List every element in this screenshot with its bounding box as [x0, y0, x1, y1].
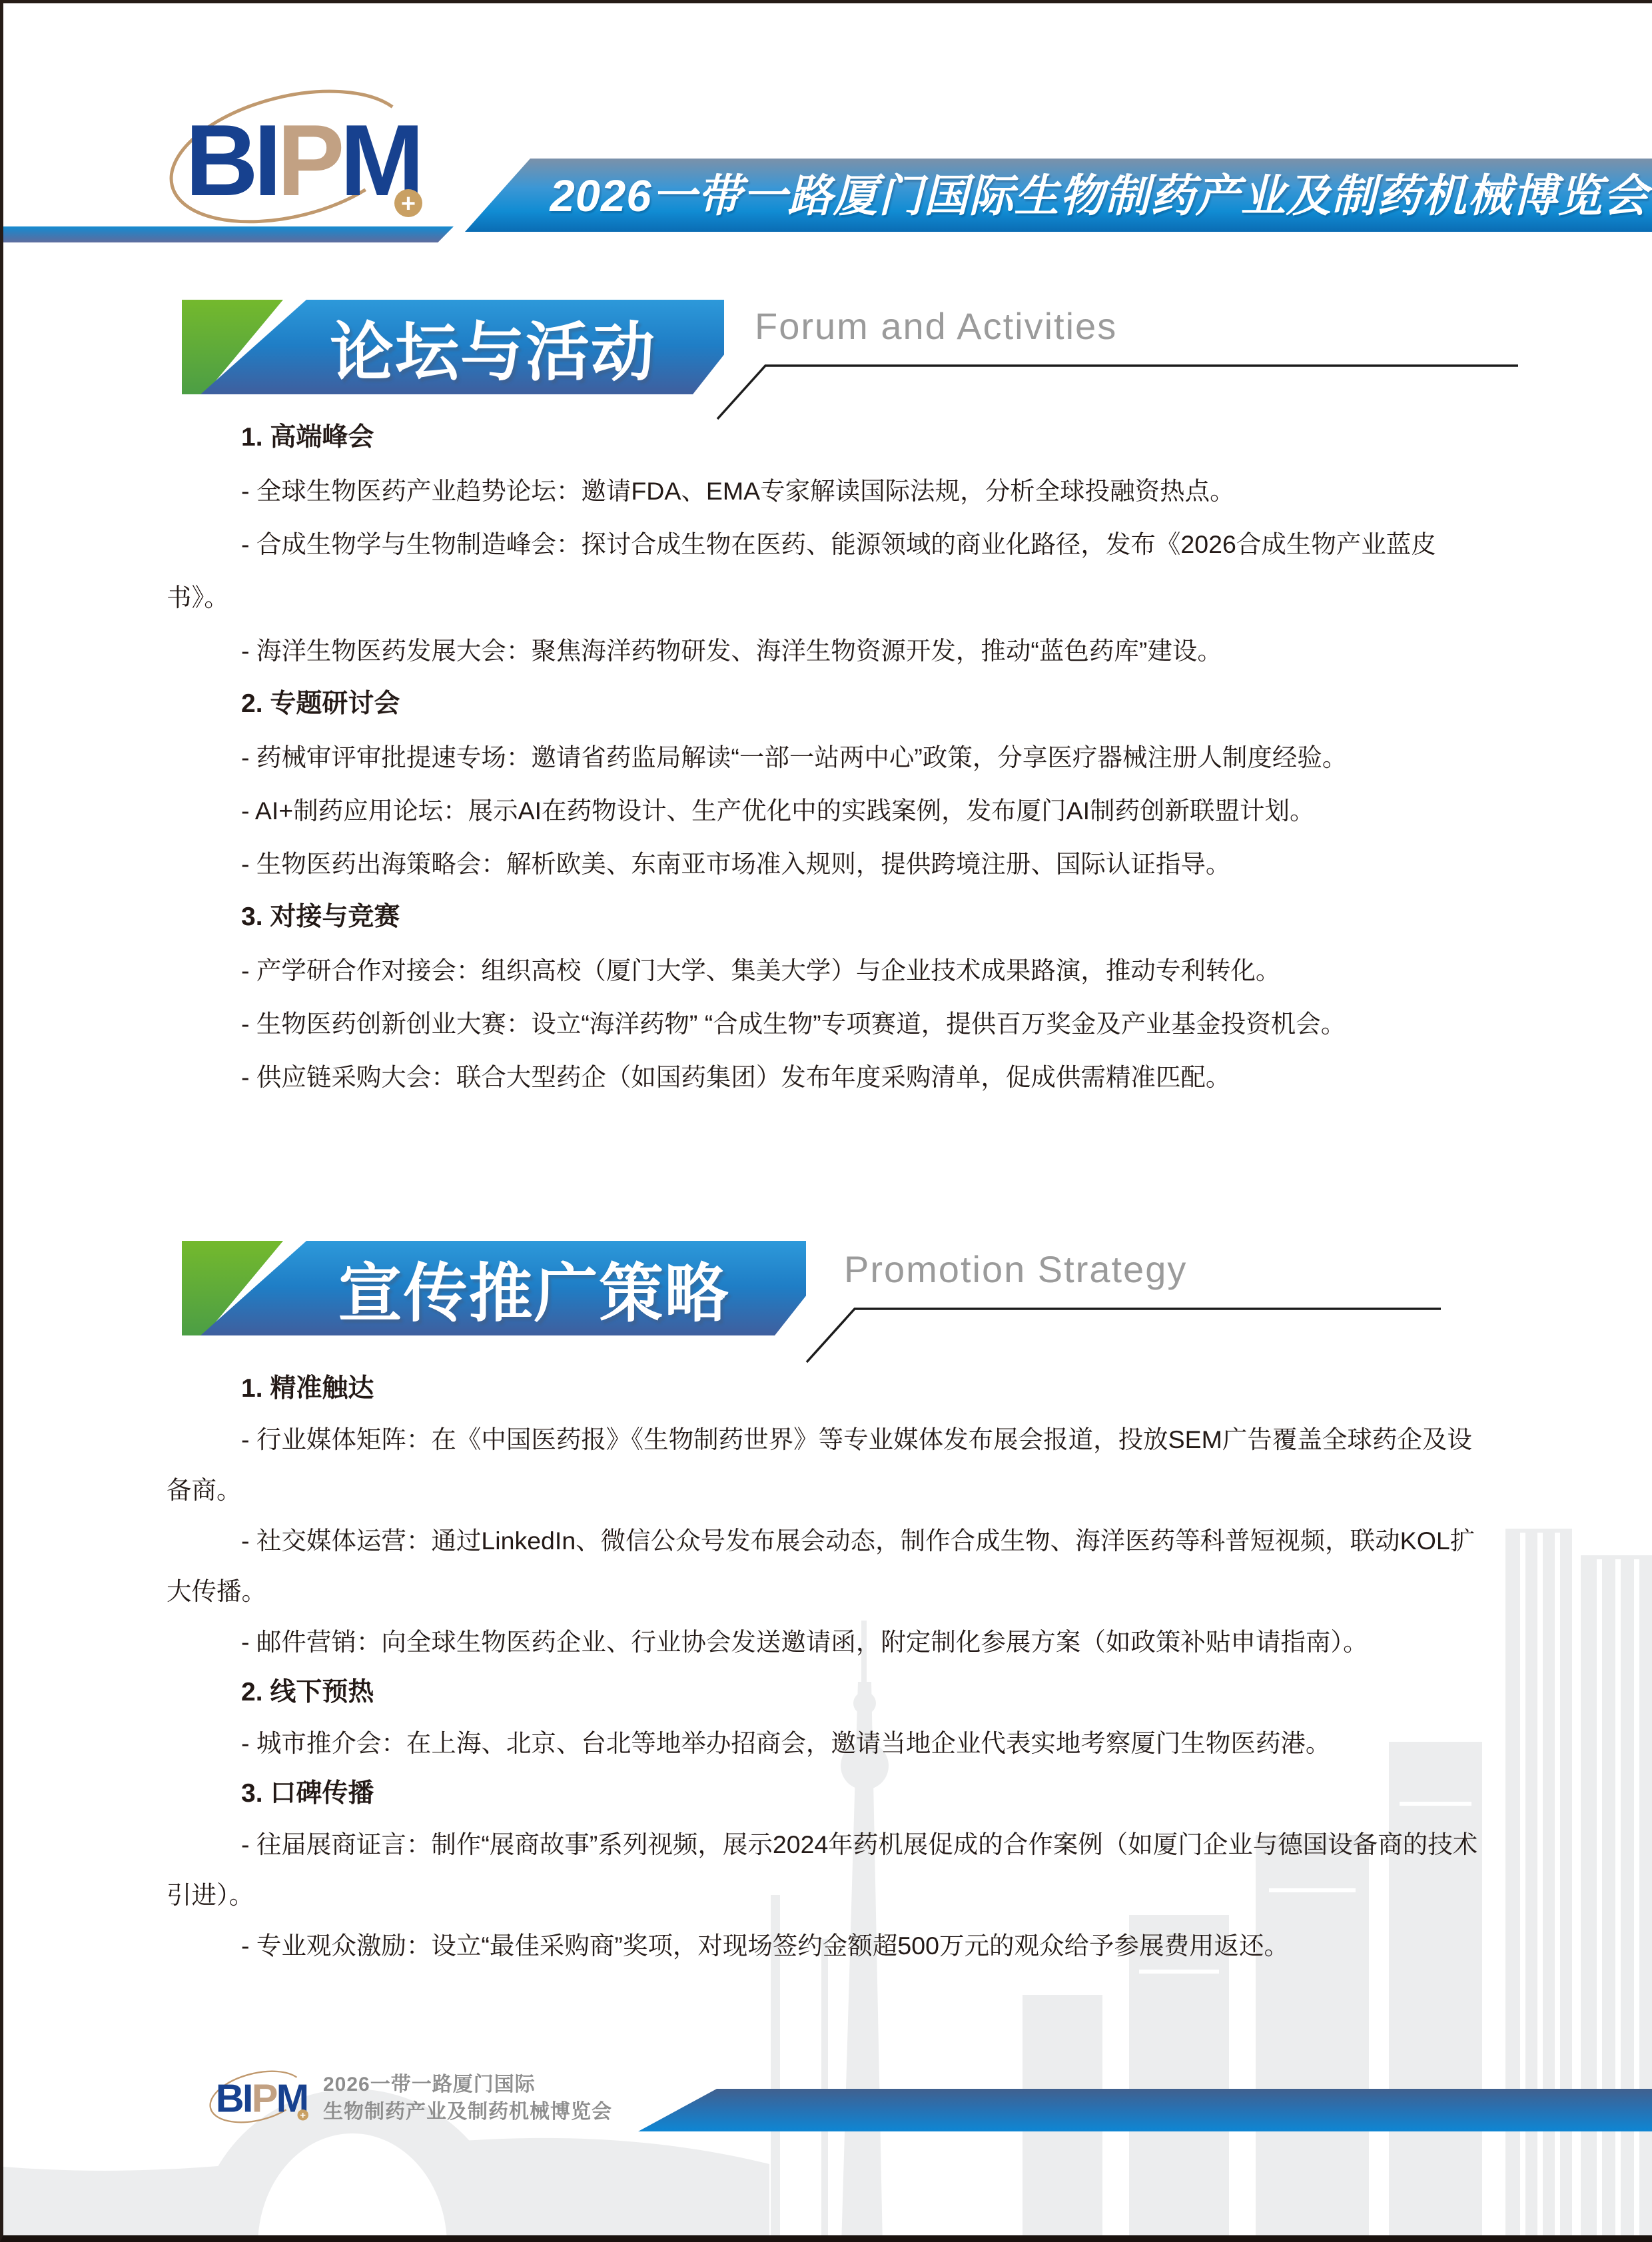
- logo-plus-icon: +: [401, 190, 416, 218]
- list-item: - AI+制药应用论坛：展示AI在药物设计、生产优化中的实践案例，发布厦门AI制…: [167, 784, 1495, 837]
- list-item: - 药械审评审批提速专场：邀请省药监局解读“一部一站两中心”政策，分享医疗器械注…: [167, 731, 1495, 784]
- footer-bipm-logo: BIPM +: [203, 2063, 318, 2128]
- section-1-subtitle-en: Forum and Activities: [755, 304, 1117, 348]
- logo-letter-b: B: [216, 2076, 243, 2121]
- list-item: - 行业媒体矩阵：在《中国医药报》《生物制药世界》等专业媒体发布展会报道，投放S…: [167, 1414, 1495, 1515]
- section-1-title: 论坛与活动: [182, 300, 724, 394]
- section-1-rule: [708, 355, 1527, 428]
- section-2-content: 1. 精准触达- 行业媒体矩阵：在《中国医药报》《生物制药世界》等专业媒体发布展…: [167, 1363, 1495, 1971]
- section-2-rule: [797, 1298, 1450, 1371]
- section-2-badge: 宣传推广策略: [182, 1241, 806, 1335]
- list-item: - 社交媒体运营：通过LinkedIn、微信公众号发布展会动态，制作合成生物、海…: [167, 1515, 1495, 1617]
- list-item: - 往届展商证言：制作“展商故事”系列视频，展示2024年药机展促成的合作案例（…: [167, 1819, 1495, 1920]
- footer-expo-name: 2026一带一路厦门国际 生物制药产业及制药机械博览会: [323, 2071, 612, 2125]
- expo-title: 2026一带一路厦门国际生物制药产业及制药机械博览会: [550, 161, 1648, 224]
- list-heading: 3. 对接与竞赛: [167, 891, 1495, 944]
- brochure-page: BIPM + 2026一带一路厦门国际生物制药产业及制药机械博览会 论坛与活动 …: [0, 0, 1652, 2242]
- list-item: - 供应链采购大会：联合大型药企（如国药集团）发布年度采购清单，促成供需精准匹配…: [167, 1050, 1495, 1104]
- footer-line-1: 2026一带一路厦门国际: [323, 2071, 612, 2098]
- list-item: - 生物医药创新创业大赛：设立“海洋药物” “合成生物”专项赛道，提供百万奖金及…: [167, 997, 1495, 1050]
- logo-plus-icon: +: [300, 2110, 306, 2121]
- list-heading: 2. 专题研讨会: [167, 677, 1495, 731]
- title-banner: 2026一带一路厦门国际生物制药产业及制药机械博览会: [465, 159, 1652, 232]
- section-2-subtitle-en: Promotion Strategy: [844, 1248, 1187, 1291]
- section-2-title: 宣传推广策略: [182, 1241, 806, 1335]
- logo-letter-i: I: [254, 104, 277, 217]
- footer-line-2: 生物制药产业及制药机械博览会: [323, 2098, 612, 2125]
- list-item: - 专业观众激励：设立“最佳采购商”奖项，对现场签约金额超500万元的观众给予参…: [167, 1920, 1495, 1971]
- list-item: - 全球生物医药产业趋势论坛：邀请FDA、EMA专家解读国际法规，分析全球投融资…: [167, 464, 1495, 518]
- svg-text:BIPM: BIPM: [185, 104, 420, 217]
- list-heading: 2. 线下预热: [167, 1667, 1495, 1718]
- logo-letter-b: B: [185, 104, 254, 217]
- bipm-logo: BIPM +: [153, 70, 446, 236]
- logo-letter-i: I: [242, 2076, 252, 2121]
- section-1-content: 1. 高端峰会- 全球生物医药产业趋势论坛：邀请FDA、EMA专家解读国际法规，…: [167, 411, 1495, 1104]
- list-item: - 城市推介会：在上海、北京、台北等地举办招商会，邀请当地企业代表实地考察厦门生…: [167, 1718, 1495, 1768]
- list-item: - 合成生物学与生物制造峰会：探讨合成生物在医药、能源领域的商业化路径，发布《2…: [167, 518, 1495, 624]
- footer-accent-bar: [638, 2089, 1652, 2131]
- svg-text:BIPM: BIPM: [216, 2076, 308, 2121]
- list-item: - 海洋生物医药发展大会：聚焦海洋药物研发、海洋生物资源开发，推动“蓝色药库”建…: [167, 624, 1495, 677]
- list-heading: 3. 口碑传播: [167, 1768, 1495, 1819]
- logo-letter-p: P: [252, 2076, 277, 2121]
- list-item: - 邮件营销：向全球生物医药企业、行业协会发送邀请函，附定制化参展方案（如政策补…: [167, 1617, 1495, 1667]
- list-item: - 生物医药出海策略会：解析欧美、东南亚市场准入规则，提供跨境注册、国际认证指导…: [167, 837, 1495, 891]
- section-1-badge: 论坛与活动: [182, 300, 724, 394]
- list-item: - 产学研合作对接会：组织高校（厦门大学、集美大学）与企业技术成果路演，推动专利…: [167, 944, 1495, 997]
- logo-letter-p: P: [277, 104, 342, 217]
